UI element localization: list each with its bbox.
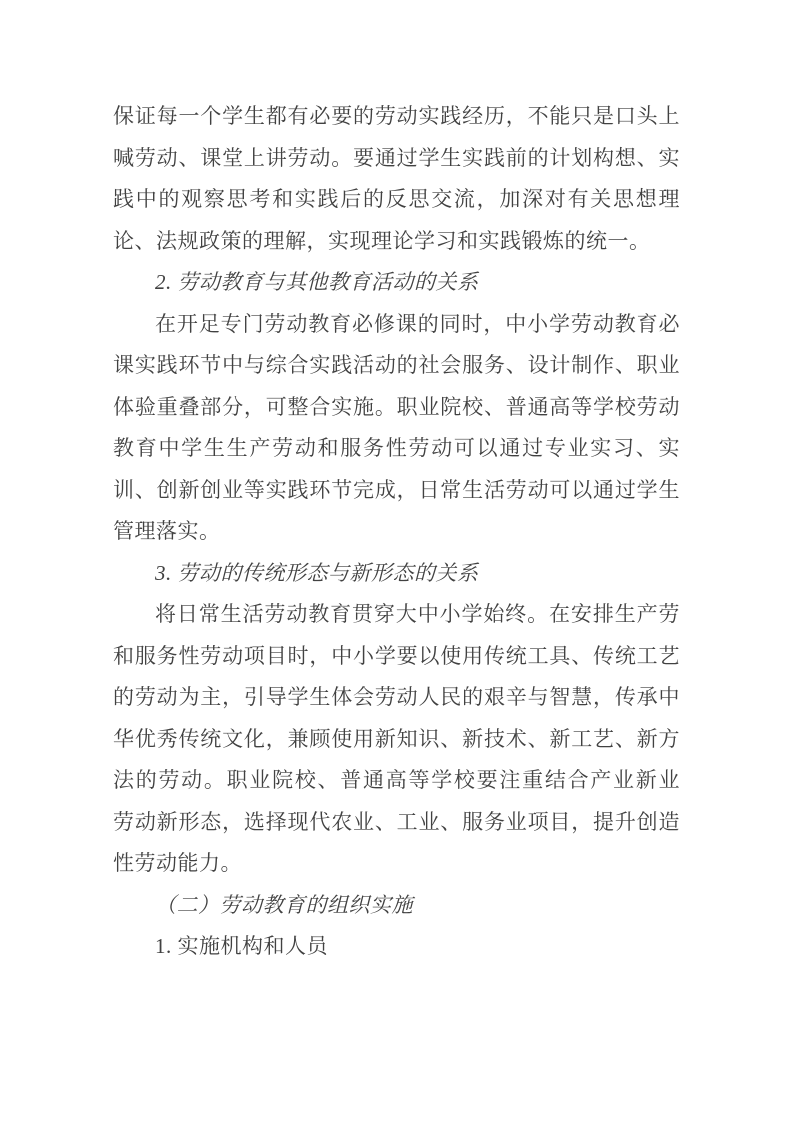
paragraph-line: 训、创新创业等实践环节完成，日常生活劳动可以通过学生 — [113, 470, 680, 512]
section-heading-er: （二）劳动教育的组织实施 — [113, 885, 680, 927]
section-heading-1: 1. 实施机构和人员 — [113, 926, 680, 968]
paragraph-line: 管理落实。 — [113, 511, 680, 553]
paragraph-line: 的劳动为主，引导学生体会劳动人民的艰辛与智慧，传承中 — [113, 677, 680, 719]
document-text-block: 保证每一个学生都有必要的劳动实践经历，不能只是口头上 喊劳动、课堂上讲劳动。要通… — [113, 96, 680, 968]
paragraph-line: 保证每一个学生都有必要的劳动实践经历，不能只是口头上 — [113, 96, 680, 138]
paragraph-line: 华优秀传统文化，兼顾使用新知识、新技术、新工艺、新方 — [113, 719, 680, 761]
paragraph-line: 践中的观察思考和实践后的反思交流，加深对有关思想理 — [113, 179, 680, 221]
paragraph-line: 性劳动能力。 — [113, 843, 680, 885]
paragraph-line: 喊劳动、课堂上讲劳动。要通过学生实践前的计划构想、实 — [113, 138, 680, 180]
paragraph-line: 课实践环节中与综合实践活动的社会服务、设计制作、职业 — [113, 345, 680, 387]
paragraph-line: 在开足专门劳动教育必修课的同时，中小学劳动教育必修 — [113, 304, 680, 346]
paragraph-line: 将日常生活劳动教育贯穿大中小学始终。在安排生产劳动 — [113, 594, 680, 636]
paragraph-line: 论、法规政策的理解，实现理论学习和实践锻炼的统一。 — [113, 221, 680, 263]
section-heading-2: 2. 劳动教育与其他教育活动的关系 — [113, 262, 680, 304]
paragraph-line: 体验重叠部分，可整合实施。职业院校、普通高等学校劳动 — [113, 387, 680, 429]
paragraph-line: 劳动新形态，选择现代农业、工业、服务业项目，提升创造 — [113, 802, 680, 844]
paragraph-line: 教育中学生生产劳动和服务性劳动可以通过专业实习、实 — [113, 428, 680, 470]
paragraph-line: 和服务性劳动项目时，中小学要以使用传统工具、传统工艺 — [113, 636, 680, 678]
section-heading-3: 3. 劳动的传统形态与新形态的关系 — [113, 553, 680, 595]
document-page: 保证每一个学生都有必要的劳动实践经历，不能只是口头上 喊劳动、课堂上讲劳动。要通… — [0, 0, 793, 1122]
paragraph-line: 法的劳动。职业院校、普通高等学校要注重结合产业新业态、 — [113, 760, 680, 802]
